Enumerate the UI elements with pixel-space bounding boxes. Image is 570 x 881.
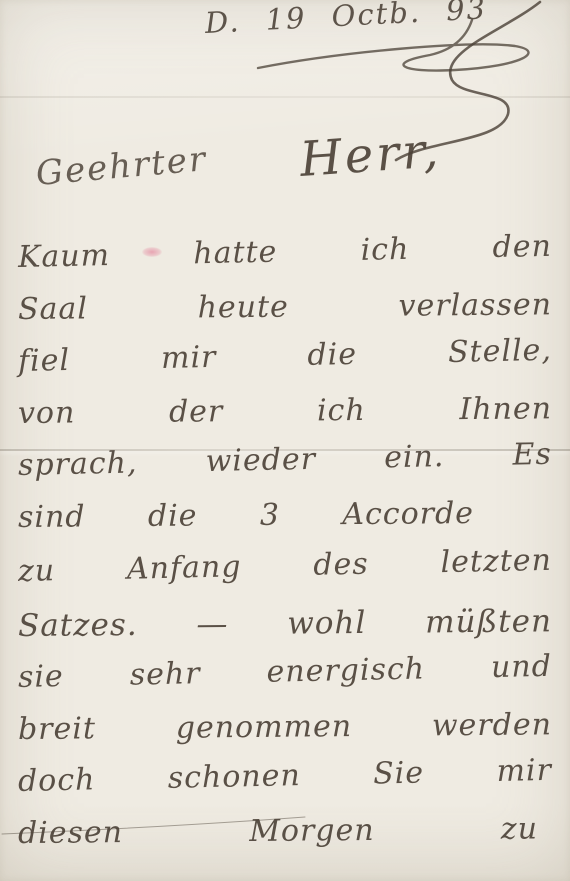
letter-page: D. 19 Octb. 93 Geehrter Herr, Kaum hatte… — [0, 0, 570, 881]
body-line: sprach, wieder ein. Es — [17, 429, 552, 492]
date-line: D. 19 Octb. 93 — [204, 0, 545, 40]
salutation-word: Geehrter — [34, 139, 208, 194]
letter-body: Kaum hatte ich den Saal heute verlassen … — [18, 232, 552, 860]
body-line: doch schonen Sie mir — [17, 745, 552, 808]
body-line: Kaum hatte ich den — [17, 221, 552, 284]
salutation-addressee: Herr, — [298, 122, 443, 188]
body-line: fiel mir die Stelle, — [17, 325, 552, 388]
body-line: diesen Morgen zu — [18, 803, 552, 860]
body-line: sie sehr energisch und — [17, 641, 552, 704]
salutation-row: Geehrter Herr, — [0, 128, 570, 228]
paper-fold-crease-top — [0, 96, 570, 98]
body-line: zu Anfang des letzten — [17, 533, 552, 600]
